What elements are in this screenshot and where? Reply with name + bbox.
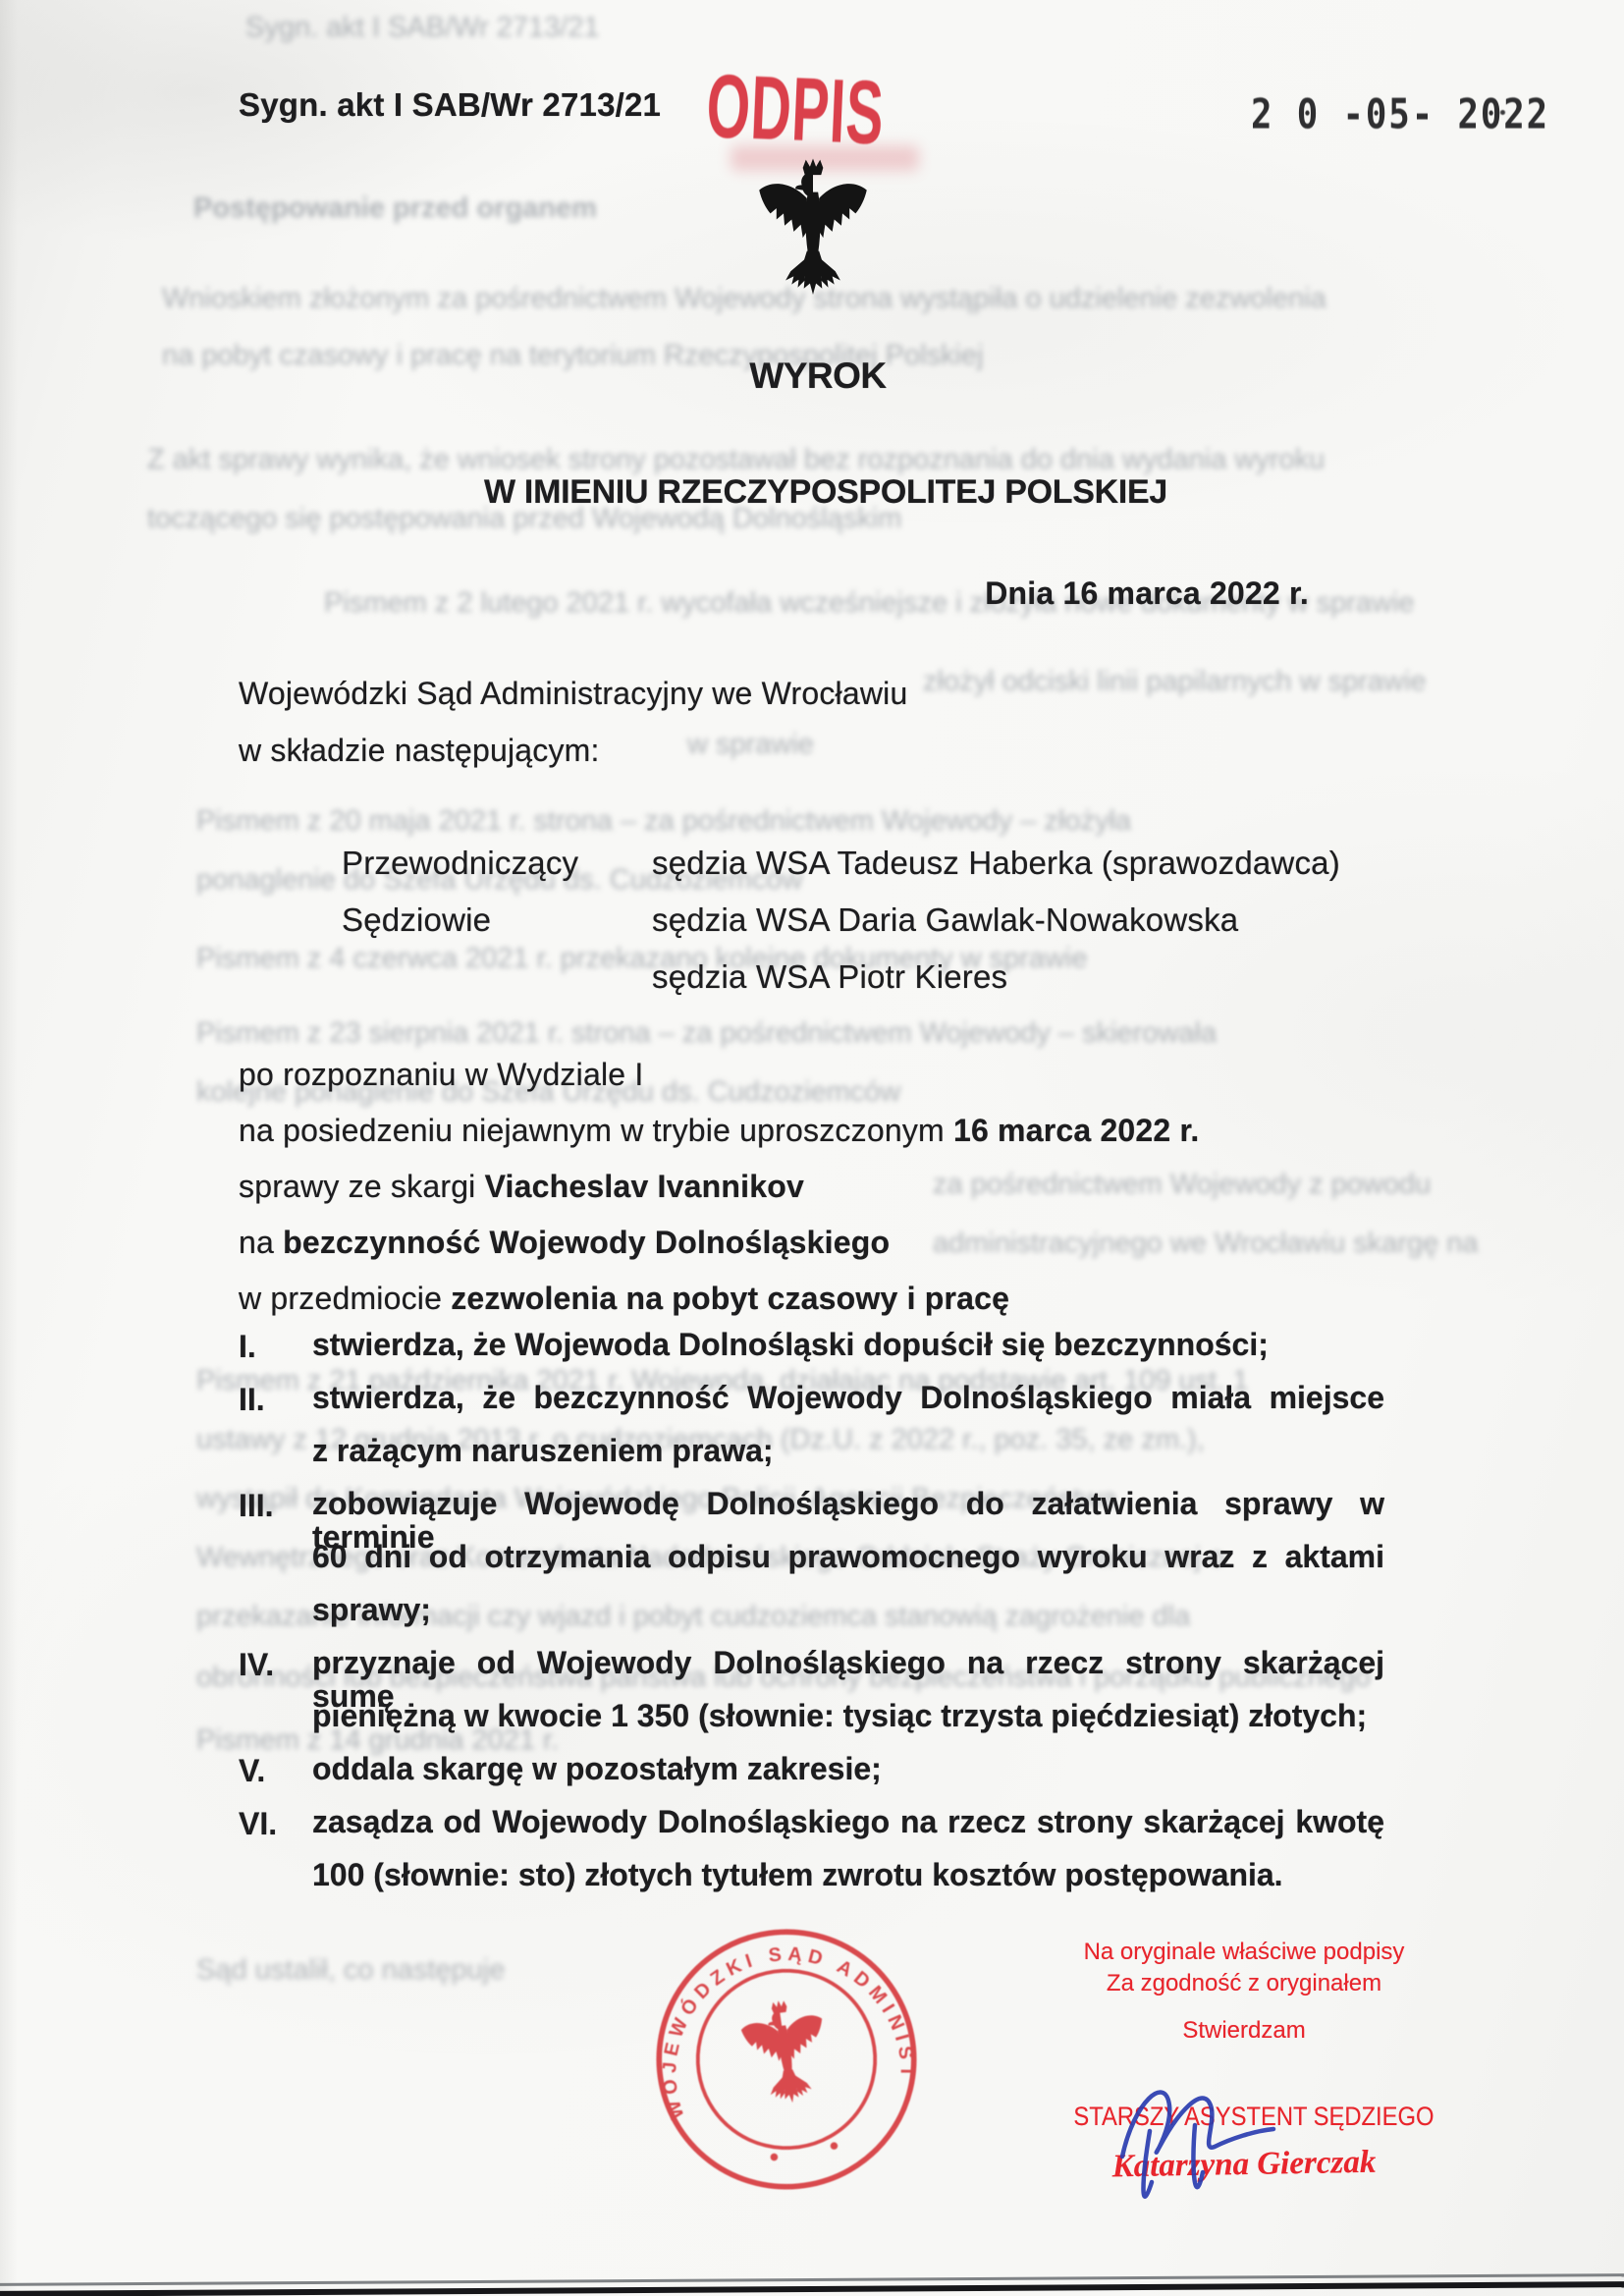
judgment-date: Dnia 16 marca 2022 r. [239, 575, 1309, 612]
recital-bold: Viacheslav Ivannikov [485, 1169, 804, 1204]
panel-role: Przewodniczący [342, 845, 578, 882]
recital-line: w przedmiocie zezwolenia na pobyt czasow… [239, 1281, 1009, 1317]
ghost-bleed-line: w sprawie [687, 729, 923, 761]
recital-bold: 16 marca 2022 r. [953, 1113, 1200, 1148]
recital-line: sprawy ze skargi Viacheslav Ivannikov [239, 1169, 804, 1205]
ghost-bleed-line: za pośrednictwem Wojewody z powodu [933, 1169, 1434, 1201]
ruling-numeral: V. [239, 1753, 265, 1789]
recital-line: na bezczynność Wojewody Dolnośląskiego [239, 1225, 890, 1261]
ruling-numeral: I. [239, 1329, 256, 1365]
ruling-line: oddala skargę w pozostałym zakresie; [312, 1753, 1384, 1786]
ghost-bleed-line: Postępowanie przed organem [193, 192, 704, 225]
certification-stwierdzam: Stwierdzam [1057, 2017, 1431, 2045]
ruling-line: stwierdza, że bezczynność Wojewody Dolno… [312, 1382, 1384, 1415]
court-name: Wojewódzki Sąd Administracyjny we Wrocła… [239, 676, 907, 712]
ink-dot [1500, 110, 1505, 115]
handwritten-signature [1105, 2062, 1340, 2229]
ruling-line: zasądza od Wojewody Dolnośląskiego na rz… [312, 1806, 1384, 1839]
court-round-stamp: WOJEWÓDZKI SĄD ADMINISTRACYJNY [630, 1903, 944, 2216]
ruling-numeral: II. [239, 1382, 265, 1418]
judgment-subtitle: W IMIENIU RZECZYPOSPOLITEJ POLSKIEJ [239, 473, 1413, 512]
date-received-stamp: 2 0 -05- 2022 [1251, 90, 1549, 137]
ruling-line: stwierdza, że Wojewoda Dolnośląski dopuś… [312, 1329, 1384, 1362]
ghost-bleed-line: Sygn. akt I SAB/Wr 2713/21 [245, 12, 658, 44]
certification-line-1: Na oryginale właściwe podpisy [1057, 1939, 1431, 1966]
panel-judge: sędzia WSA Daria Gawlak-Nowakowska [652, 902, 1238, 939]
ruling-line: pieniężną w kwocie 1 350 (słownie: tysią… [312, 1700, 1384, 1733]
ghost-bleed-line: Z akt sprawy wynika, że wniosek strony p… [147, 444, 1453, 476]
round-stamp-eagle-icon [737, 1995, 833, 2108]
ruling-line: z rażącym naruszeniem prawa; [312, 1435, 1384, 1468]
recital-line: na posiedzeniu niejawnym w trybie uprosz… [239, 1113, 1200, 1149]
panel-judge: sędzia WSA Piotr Kieres [652, 958, 1007, 996]
recital-text: na [239, 1225, 283, 1260]
scanned-judgment-page: Sygn. akt I SAB/Wr 2713/21Postępowanie p… [0, 0, 1624, 2296]
ghost-bleed-line: Pismem z 20 maja 2021 r. strona – za poś… [196, 805, 1414, 838]
judgment-title: WYROK [239, 355, 1397, 397]
ghost-bleed-line: Pismem z 23 sierpnia 2021 r. strona – za… [196, 1017, 1443, 1050]
ghost-bleed-line: administracyjnego we Wrocławiu skargę na [933, 1228, 1483, 1260]
ghost-bleed-line: złożył odciski linii papilarnych w spraw… [923, 666, 1414, 698]
ruling-line: sprawy; [312, 1594, 1384, 1627]
ruling-line: 60 dni od otrzymania odpisu prawomocnego… [312, 1541, 1384, 1574]
panel-role: Sędziowie [342, 902, 491, 939]
recital-text: po rozpoznaniu w Wydziale I [239, 1057, 643, 1092]
ruling-numeral: III. [239, 1488, 274, 1524]
panel-intro: w składzie następującym: [239, 733, 600, 769]
recital-bold: zezwolenia na pobyt czasowy i pracę [451, 1281, 1009, 1316]
recital-text: na posiedzeniu niejawnym w trybie uprosz… [239, 1113, 953, 1148]
ruling-line: 100 (słownie: sto) złotych tytułem zwrot… [312, 1859, 1384, 1892]
panel-judge: sędzia WSA Tadeusz Haberka (sprawozdawca… [652, 845, 1340, 882]
polish-eagle-emblem-icon [752, 155, 874, 312]
recital-bold: bezczynność Wojewody Dolnośląskiego [283, 1225, 890, 1260]
ruling-numeral: IV. [239, 1647, 274, 1683]
case-number: Sygn. akt I SAB/Wr 2713/21 [239, 86, 661, 124]
recital-text: w przedmiocie [239, 1281, 451, 1316]
certification-line-2: Za zgodność z oryginałem [1057, 1970, 1431, 1997]
recital-text: sprawy ze skargi [239, 1169, 485, 1204]
recital-line: po rozpoznaniu w Wydziale I [239, 1057, 643, 1093]
ruling-numeral: VI. [239, 1806, 277, 1842]
